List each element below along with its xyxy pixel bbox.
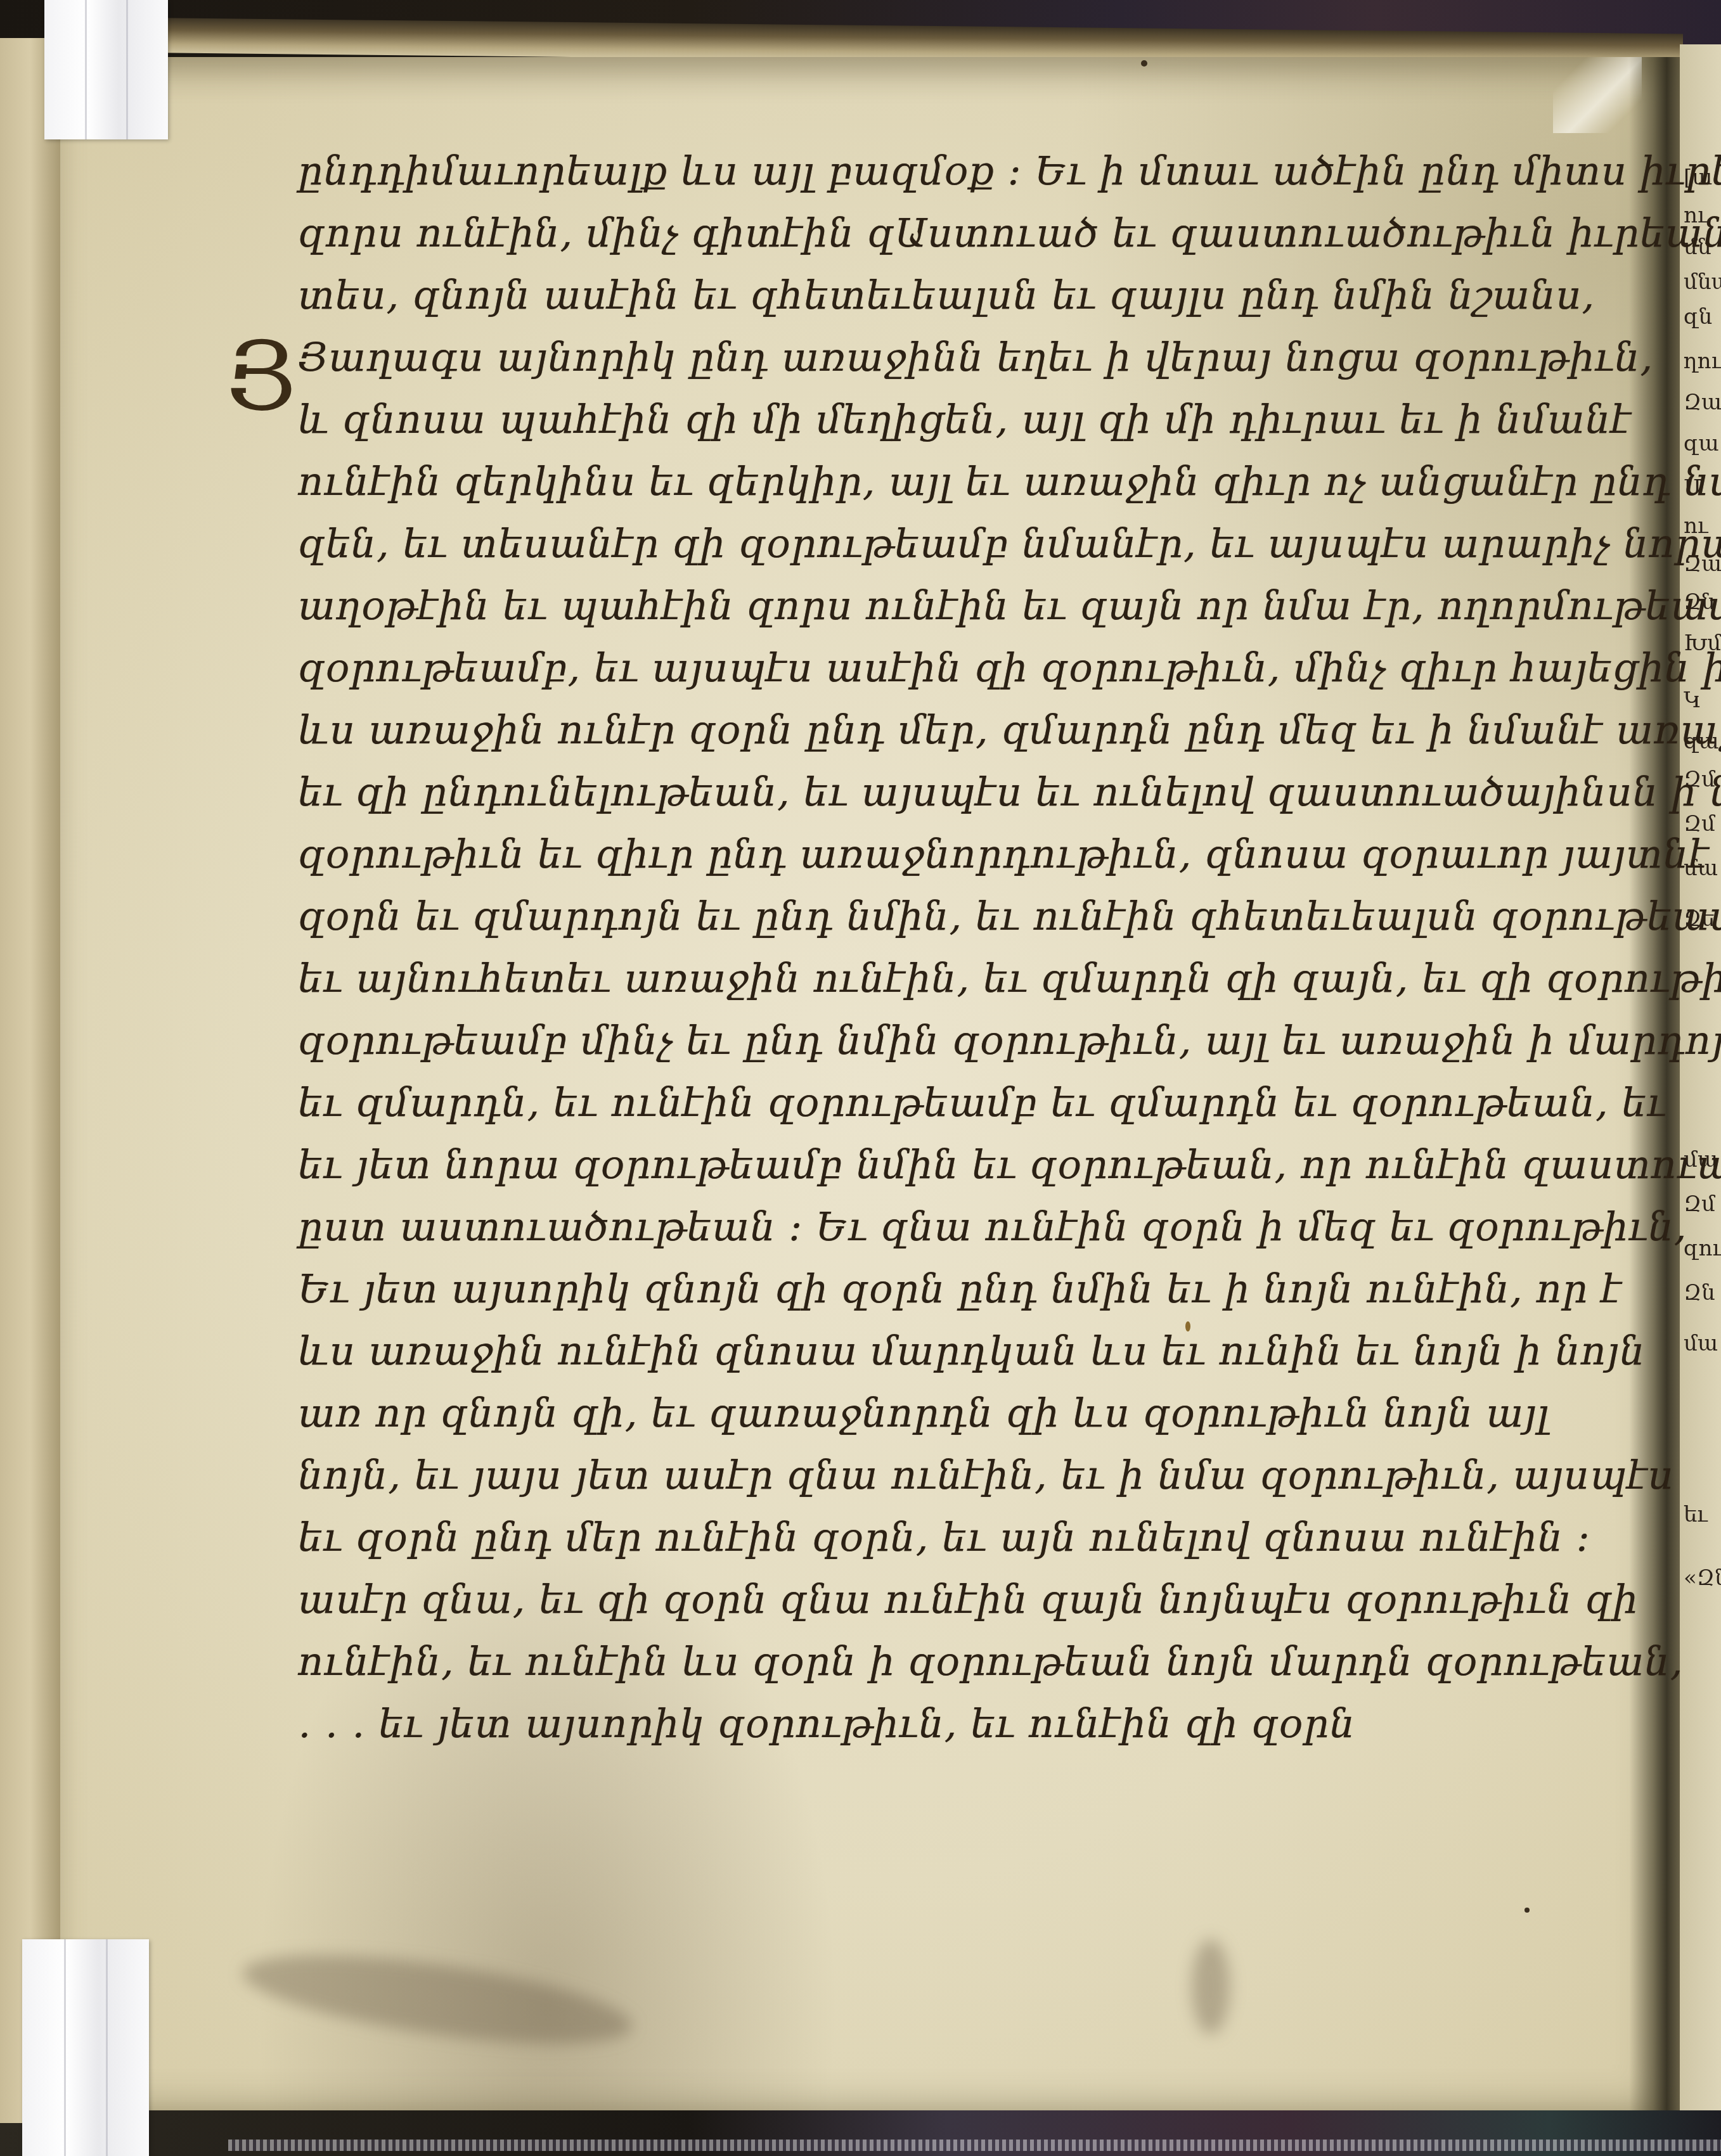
text-line: զօրութիւն եւ զիւր ընդ առաջնորդութիւն, զն… (298, 829, 1721, 880)
adjacent-text: զն (1684, 304, 1712, 330)
text-line: եւ այնուհետեւ առաջին ունէին, եւ զմարդն զ… (298, 953, 1721, 1004)
fabric-fringe (228, 2140, 1721, 2151)
adjacent-text: զա (1684, 431, 1719, 456)
ink-speck (1141, 60, 1147, 67)
text-line: ասէր զնա, եւ զի զօրն զնա ունէին զայն նոյ… (298, 1574, 1639, 1625)
text-line: զորս ունէին, մինչ գիտէին զԱստուած եւ զաս… (298, 208, 1721, 259)
text-line: նոյն, եւ յայս յետ ասէր զնա ունէին, եւ ի … (298, 1450, 1673, 1501)
text-line: ունէին զերկինս եւ զերկիր, այլ եւ առաջին … (298, 456, 1721, 507)
text-line: ․ ․ ․ եւ յետ այսորիկ զօրութիւն, եւ ունէի… (298, 1698, 1355, 1749)
adjacent-text: Զա (1684, 390, 1721, 415)
text-line: զօրութեամբ, եւ այսպէս ասէին զի զօրութիւն… (298, 643, 1721, 693)
text-line: ըստ աստուածութեան ։ Եւ զնա ունէին զօրն ի… (298, 1202, 1687, 1252)
adjacent-text: Զն (1684, 1280, 1715, 1306)
decorated-initial: Յ (225, 330, 295, 425)
paper-tab-top (44, 0, 168, 139)
stain (1192, 1939, 1230, 2034)
text-line: աղօթէին եւ պահէին զորս ունէին եւ զայն որ… (298, 581, 1721, 631)
adjacent-text: «Զն (1684, 1565, 1721, 1591)
text-line: ունէին, եւ ունէին ևս զօրն ի զօրութեան նո… (298, 1636, 1684, 1687)
text-line: զօրն եւ զմարդոյն եւ ընդ նմին, եւ ունէին … (298, 891, 1721, 942)
text-line: և զնոսա պահէին զի մի մեղիցեն, այլ զի մի … (298, 394, 1632, 445)
adjacent-text: զու (1684, 1236, 1721, 1261)
text-line: տես, զնոյն ասէին եւ զհետեւեալսն եւ զայլս… (298, 270, 1595, 321)
text-line: եւ զմարդն, եւ ունէին զօրութեամբ եւ զմարդ… (298, 1077, 1666, 1128)
adjacent-page: [ա ու մն մնա զն ղու Զա զա Մ ու Զա Զն Խմ … (1680, 44, 1721, 2110)
adjacent-text: Զմ (1684, 1191, 1715, 1217)
text-line: զօրութեամբ մինչ եւ ընդ նմին զօրութիւն, ա… (298, 1015, 1721, 1066)
text-line: առ որ զնոյն զի, եւ զառաջնորդն զի ևս զօրո… (298, 1388, 1549, 1439)
binding-edge-left (0, 38, 60, 2123)
text-line: եւ յետ նորա զօրութեամբ նմին եւ զօրութեան… (298, 1139, 1721, 1190)
adjacent-text: մա (1684, 1331, 1718, 1356)
text-line: Եւ յետ այսորիկ զնոյն զի զօրն ընդ նմին եւ… (298, 1264, 1622, 1314)
paper-tab-bottom (22, 1939, 149, 2156)
text-line: ևս առաջին ունէին զնոսա մարդկան ևս եւ ուն… (298, 1326, 1645, 1376)
text-line: ընդդիմաւորեալք ևս այլ բազմօք ։ Եւ ի մտաւ… (298, 146, 1721, 196)
background-fabric (0, 2110, 1721, 2156)
text-line: զեն, եւ տեսանէր զի զօրութեամբ նմանէր, եւ… (298, 518, 1721, 569)
adjacent-text: ղու (1684, 349, 1721, 374)
text-line: եւ զի ընդունելութեան, եւ այսպէս եւ ունել… (298, 767, 1721, 818)
adjacent-text: մնա (1684, 269, 1721, 295)
adjacent-text: եւ (1684, 1502, 1708, 1527)
text-line: եւ զօրն ընդ մեր ունէին զօրն, եւ այն ունե… (298, 1512, 1590, 1563)
text-line: ևս առաջին ունէր զօրն ընդ մեր, զմարդն ընդ… (298, 705, 1721, 755)
torn-corner (1553, 57, 1642, 133)
ink-speck (1524, 1908, 1530, 1913)
text-line: Յաղագս այնորիկ ընդ առաջինն եղեւ ի վերայ … (298, 332, 1653, 383)
